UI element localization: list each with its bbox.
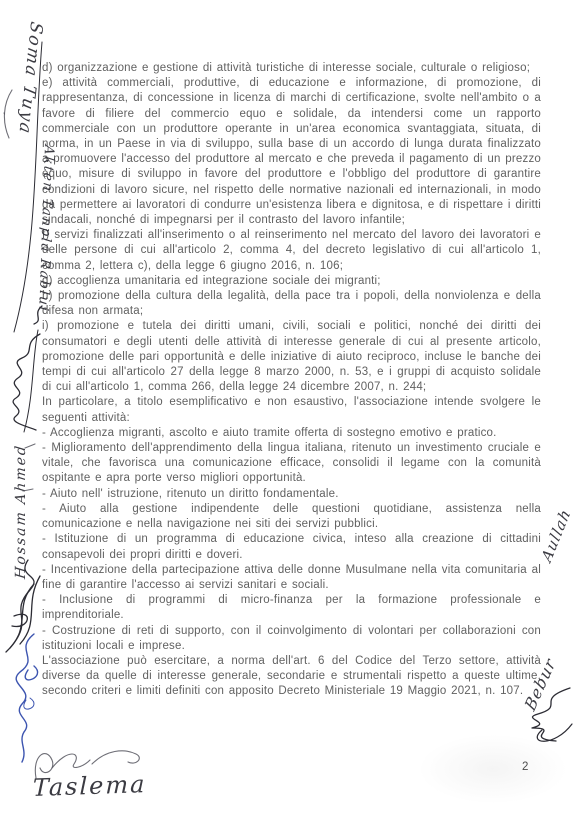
paragraph: h) promozione della cultura della legali… [42, 289, 541, 319]
signature-flourish-line [6, 30, 52, 342]
paragraph: g) accoglienza umanitaria ed integrazion… [42, 274, 541, 289]
paragraph: d) organizzazione e gestione di attività… [42, 61, 541, 76]
paragraph: e) attività commerciali, produttive, di … [42, 76, 541, 228]
paragraph: - Miglioramento dell'apprendimento della… [42, 441, 541, 487]
paragraph: f) servizi finalizzati all'inserimento o… [42, 228, 541, 274]
paragraph: - Costruzione di reti di supporto, con i… [42, 624, 541, 654]
paragraph: i) promozione e tutela dei diritti umani… [42, 319, 541, 395]
paragraph: In particolare, a titolo esemplificativo… [42, 395, 541, 425]
paragraph: - Accoglienza migranti, ascolto e aiuto … [42, 426, 541, 441]
document-page: d) organizzazione e gestione di attività… [0, 0, 578, 824]
scan-mark-tick-2 [22, 487, 35, 494]
signature-scribble-loops [2, 300, 54, 435]
scan-shading [418, 734, 568, 804]
paragraph: - Inclusione di programmi di micro-finan… [42, 593, 541, 623]
paragraph: - Incentivazione della partecipazione at… [42, 563, 541, 593]
signature-scribble-flourish [30, 742, 160, 786]
scan-mark-arc [0, 88, 16, 142]
scan-mark-tick-1 [24, 443, 37, 450]
document-body: d) organizzazione e gestione di attività… [42, 61, 541, 700]
signature-right-1: Aullah [538, 505, 574, 565]
paragraph: - Istituzione di un programma di educazi… [42, 532, 541, 562]
paragraph: L'associazione può esercitare, a norma d… [42, 654, 541, 700]
paragraph: - Aiuto alla gestione indipendente delle… [42, 502, 541, 532]
paragraph: - Aiuto nell' istruzione, ritenuto un di… [42, 487, 541, 502]
